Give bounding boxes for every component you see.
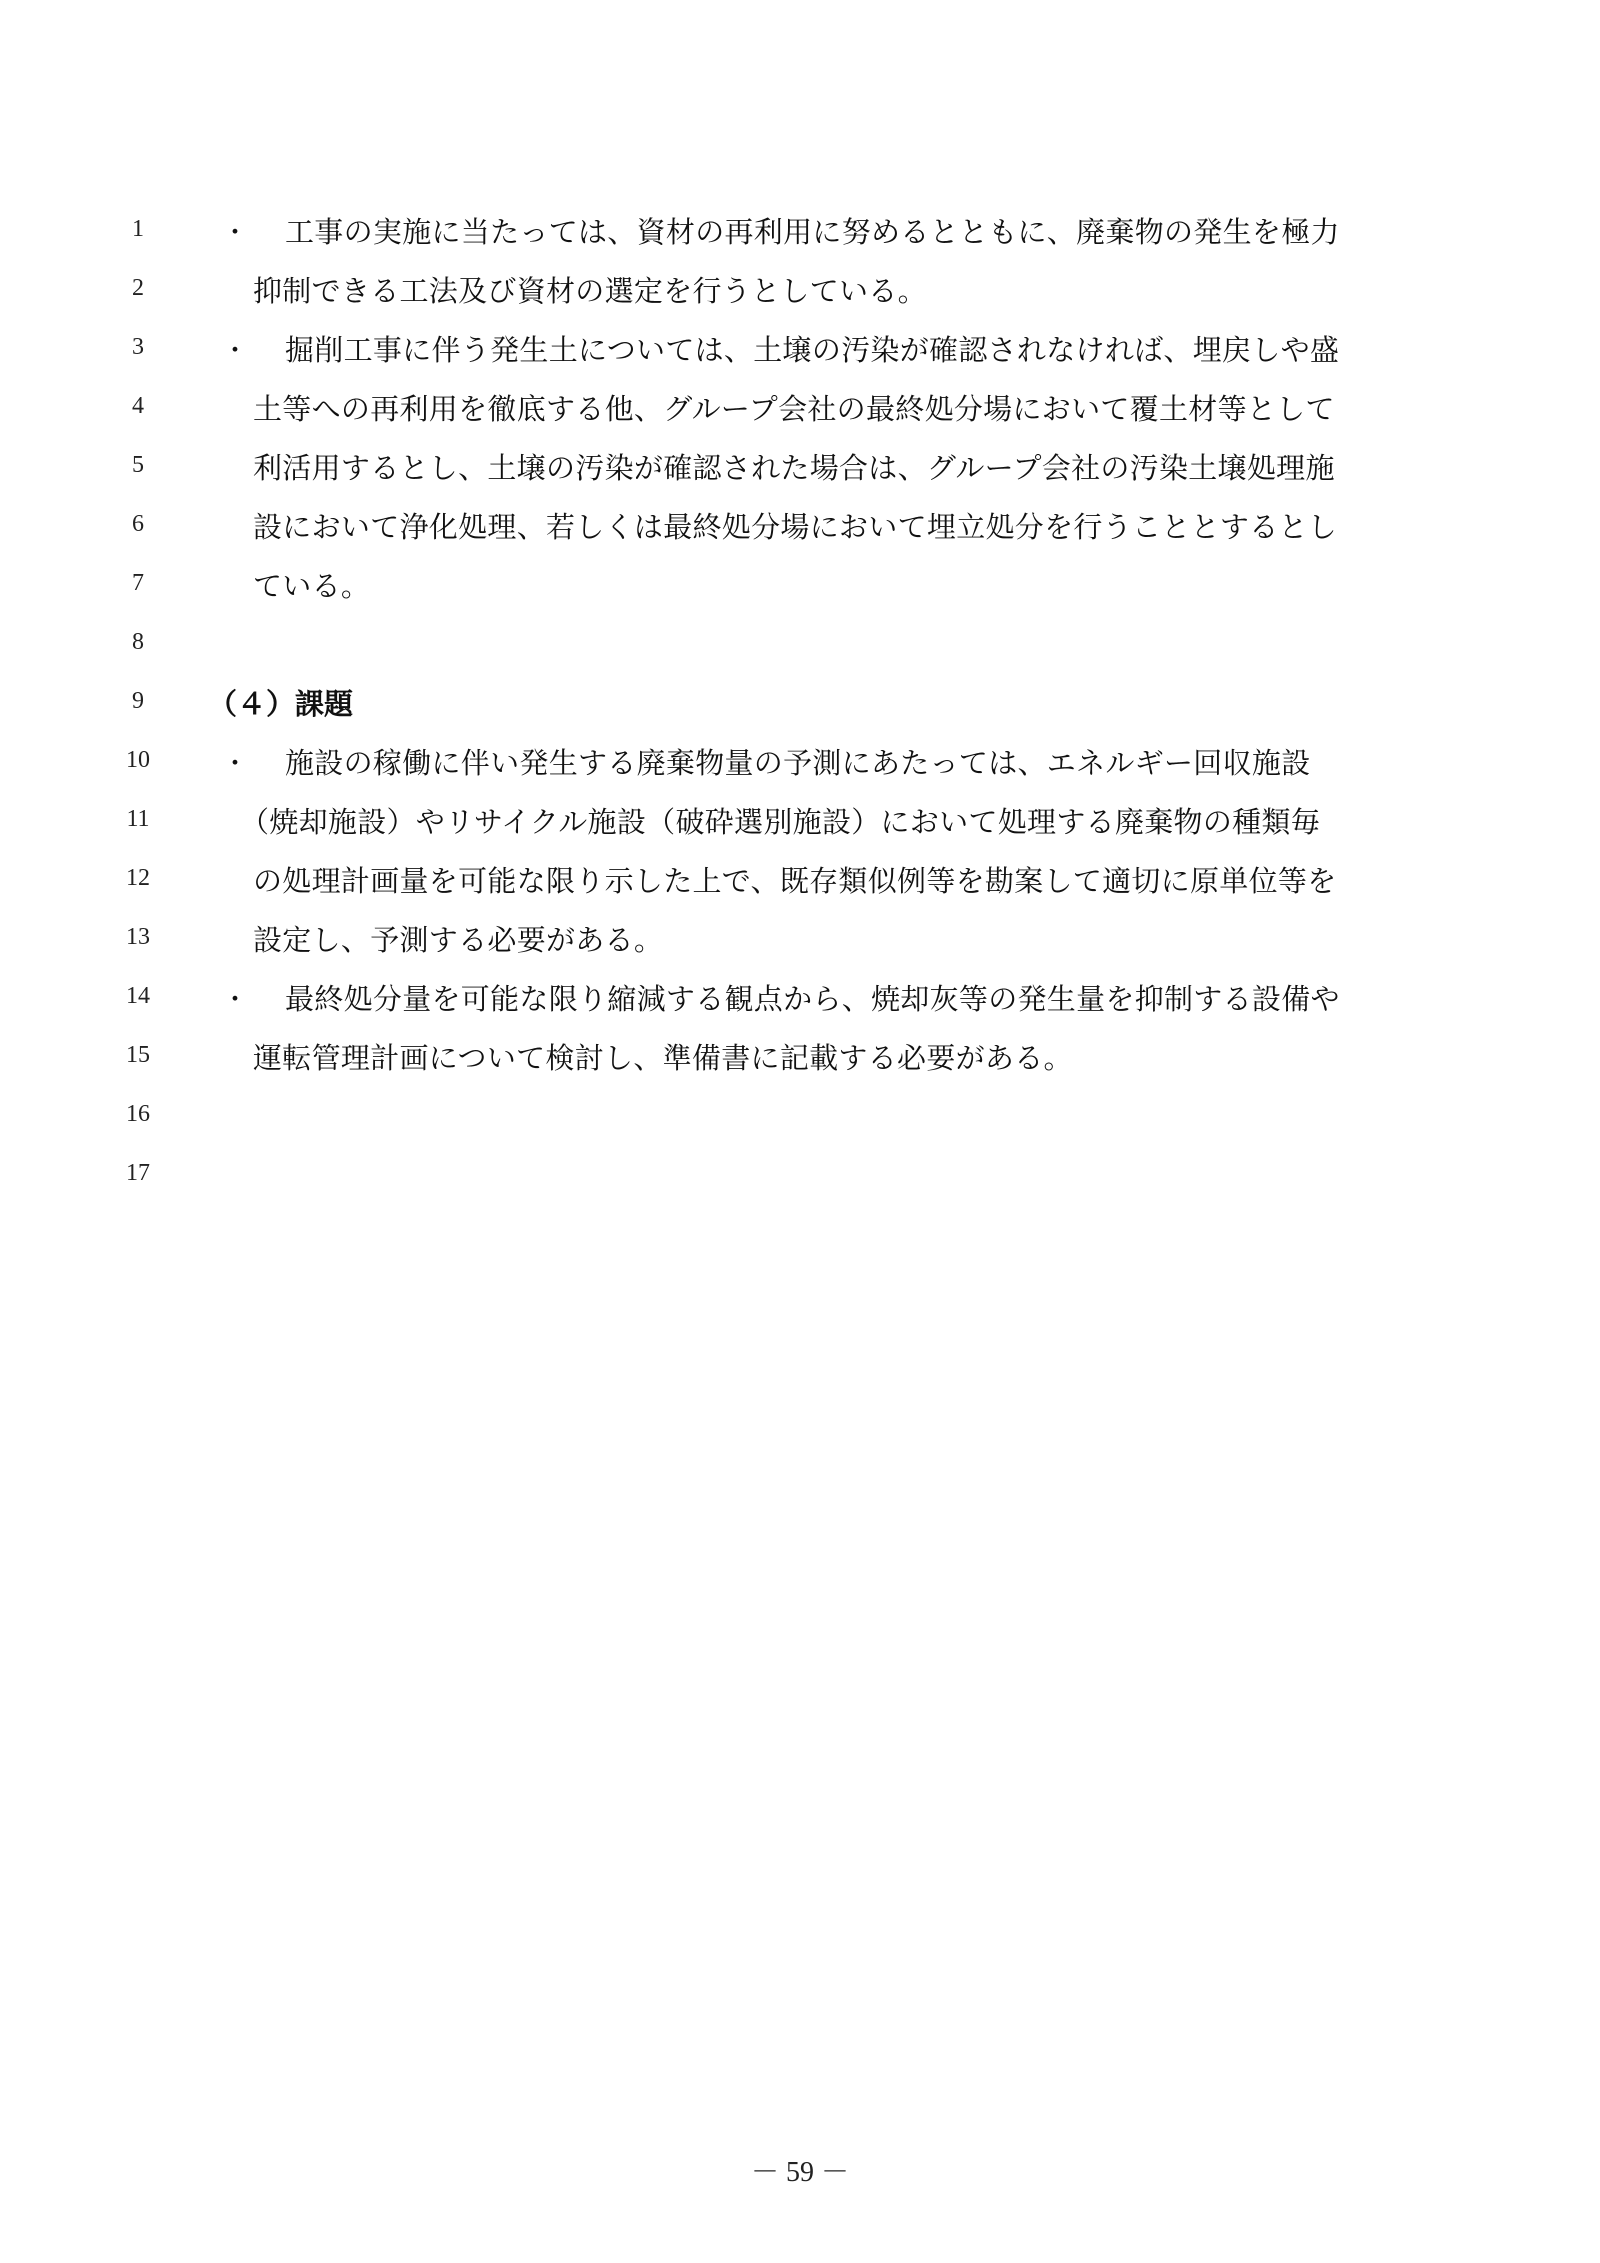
line-2: 2 抑制できる工法及び資材の選定を行うとしている。 bbox=[0, 265, 1600, 323]
line-9: 9 （４）課題 bbox=[0, 678, 1600, 736]
body-text: 土等への再利用を徹底する他、グループ会社の最終処分場において覆土材等として bbox=[253, 387, 1335, 428]
body-text: ている。 bbox=[253, 564, 370, 605]
line-4: 4 土等への再利用を徹底する他、グループ会社の最終処分場において覆土材等として bbox=[0, 383, 1600, 441]
line-7: 7 ている。 bbox=[0, 560, 1600, 618]
line-number: 5 bbox=[118, 452, 158, 479]
body-text: 最終処分量を可能な限り縮減する観点から、焼却灰等の発生量を抑制する設備や bbox=[285, 977, 1340, 1018]
line-number: 8 bbox=[118, 629, 158, 656]
body-text: 利活用するとし、土壌の汚染が確認された場合は、グループ会社の汚染土壌処理施 bbox=[253, 446, 1335, 487]
line-number: 4 bbox=[118, 393, 158, 420]
line-1: 1 ・ 工事の実施に当たっては、資材の再利用に努めるとともに、廃棄物の発生を極力 bbox=[0, 206, 1600, 264]
body-text: 設において浄化処理、若しくは最終処分場において埋立処分を行うこととするとし bbox=[253, 505, 1337, 546]
line-number: 10 bbox=[118, 747, 158, 774]
page-number: － 59 － bbox=[0, 2150, 1600, 2190]
body-text: の処理計画量を可能な限り示した上で、既存類似例等を勘案して適切に原単位等を bbox=[253, 859, 1337, 900]
line-6: 6 設において浄化処理、若しくは最終処分場において埋立処分を行うこととするとし bbox=[0, 501, 1600, 559]
line-14: 14 ・ 最終処分量を可能な限り縮減する観点から、焼却灰等の発生量を抑制する設備… bbox=[0, 973, 1600, 1031]
body-text: 抑制できる工法及び資材の選定を行うとしている。 bbox=[253, 269, 927, 310]
line-11: 11 （焼却施設）やリサイクル施設（破砕選別施設）において処理する廃棄物の種類毎 bbox=[0, 796, 1600, 854]
line-number: 14 bbox=[118, 983, 158, 1010]
body-text: 運転管理計画について検討し、準備書に記載する必要がある。 bbox=[253, 1036, 1073, 1077]
line-12: 12 の処理計画量を可能な限り示した上で、既存類似例等を勘案して適切に原単位等を bbox=[0, 855, 1600, 913]
line-number: 9 bbox=[118, 688, 158, 715]
line-number: 17 bbox=[118, 1160, 158, 1187]
line-number: 1 bbox=[118, 216, 158, 243]
line-number: 13 bbox=[118, 924, 158, 951]
bullet-icon: ・ bbox=[222, 743, 248, 780]
body-text: 工事の実施に当たっては、資材の再利用に努めるとともに、廃棄物の発生を極力 bbox=[285, 210, 1340, 251]
line-number: 16 bbox=[118, 1101, 158, 1128]
body-text: （焼却施設）やリサイクル施設（破砕選別施設）において処理する廃棄物の種類毎 bbox=[240, 800, 1320, 841]
line-number: 11 bbox=[118, 806, 158, 833]
line-17: 17 bbox=[0, 1150, 1600, 1208]
bullet-icon: ・ bbox=[222, 330, 248, 367]
line-5: 5 利活用するとし、土壌の汚染が確認された場合は、グループ会社の汚染土壌処理施 bbox=[0, 442, 1600, 500]
line-number: 12 bbox=[118, 865, 158, 892]
body-text: 掘削工事に伴う発生土については、土壌の汚染が確認されなければ、埋戻しや盛 bbox=[285, 328, 1339, 369]
line-number: 7 bbox=[118, 570, 158, 597]
line-number: 2 bbox=[118, 275, 158, 302]
bullet-icon: ・ bbox=[222, 212, 248, 249]
line-number: 6 bbox=[118, 511, 158, 538]
bullet-icon: ・ bbox=[222, 979, 248, 1016]
line-16: 16 bbox=[0, 1091, 1600, 1149]
line-10: 10 ・ 施設の稼働に伴い発生する廃棄物量の予測にあたっては、エネルギー回収施設 bbox=[0, 737, 1600, 795]
body-text: 施設の稼働に伴い発生する廃棄物量の予測にあたっては、エネルギー回収施設 bbox=[285, 741, 1311, 782]
line-13: 13 設定し、予測する必要がある。 bbox=[0, 914, 1600, 972]
line-8: 8 bbox=[0, 619, 1600, 677]
body-text: 設定し、予測する必要がある。 bbox=[253, 918, 663, 959]
line-number: 3 bbox=[118, 334, 158, 361]
line-number: 15 bbox=[118, 1042, 158, 1069]
document-page: 1 ・ 工事の実施に当たっては、資材の再利用に努めるとともに、廃棄物の発生を極力… bbox=[0, 0, 1600, 2263]
section-heading: （４）課題 bbox=[208, 682, 353, 723]
line-3: 3 ・ 掘削工事に伴う発生土については、土壌の汚染が確認されなければ、埋戻しや盛 bbox=[0, 324, 1600, 382]
line-15: 15 運転管理計画について検討し、準備書に記載する必要がある。 bbox=[0, 1032, 1600, 1090]
